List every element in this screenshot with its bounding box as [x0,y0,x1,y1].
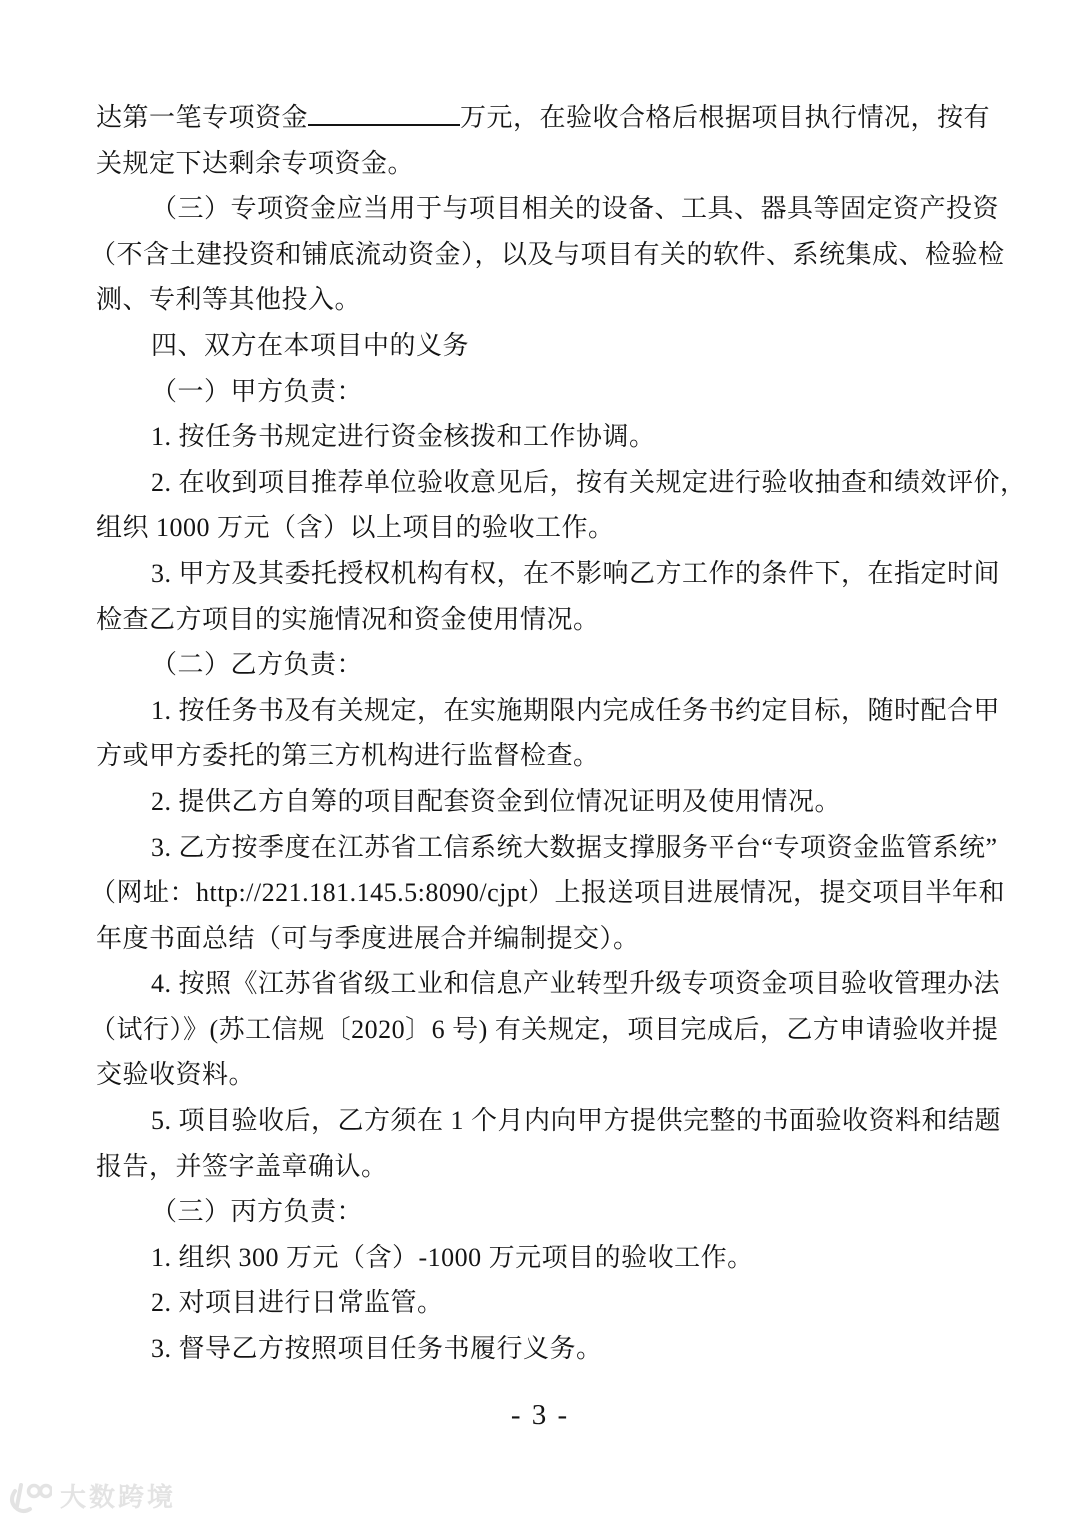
party-a-item-3: 3. 甲方及其委托授权机构有权，在不影响乙方工作的条件下，在指定时间 [0,551,1080,597]
watermark-brand: 大数跨境 [60,1482,176,1514]
page-number: - 3 - [0,1395,1080,1435]
party-c-item-1: 1. 组织 300 万元（含）-1000 万元项目的验收工作。 [0,1235,1080,1281]
subsection-party-b-heading: （二）乙方负责： [0,642,1080,688]
party-b-item-3: 3. 乙方按季度在江苏省工信系统大数据支撑服务平台“专项资金监管系统” [0,825,1080,871]
clause-3-funds-usage: （三）专项资金应当用于与项目相关的设备、工具、器具等固定资产投资 [0,186,1080,232]
party-b-item-2: 2. 提供乙方自筹的项目配套资金到位情况证明及使用情况。 [0,779,1080,825]
watermark: 大数跨境 [8,1482,176,1514]
watermark-logo-icon [8,1482,52,1514]
text-line: 报告，并签字盖章确认。 [0,1144,1080,1190]
line-text-pre: 达第一笔专项资金 [96,103,308,132]
party-b-item-5: 5. 项目验收后，乙方须在 1 个月内向甲方提供完整的书面验收资料和结题 [0,1098,1080,1144]
party-c-item-3: 3. 督导乙方按照项目任务书履行义务。 [0,1326,1080,1372]
line-text-post: 万元，在验收合格后根据项目执行情况，按有 [460,103,990,132]
document-body: 达第一笔专项资金万元，在验收合格后根据项目执行情况，按有 关规定下达剩余专项资金… [0,95,1080,1372]
text-line: （试行）》(苏工信规〔2020〕6 号) 有关规定，项目完成后，乙方申请验收并提 [0,1007,1080,1053]
party-a-item-2: 2. 在收到项目推荐单位验收意见后，按有关规定进行验收抽查和绩效评价， [0,460,1080,506]
party-a-item-1: 1. 按任务书规定进行资金核拨和工作协调。 [0,414,1080,460]
text-line: （不含土建投资和铺底流动资金），以及与项目有关的软件、系统集成、检验检 [0,232,1080,278]
platform-url-line: （网址：http://221.181.145.5:8090/cjpt）上报送项目… [0,870,1080,916]
text-line-continued: 达第一笔专项资金万元，在验收合格后根据项目执行情况，按有 [0,95,1080,141]
party-c-item-2: 2. 对项目进行日常监管。 [0,1280,1080,1326]
text-line: 年度书面总结（可与季度进展合并编制提交）。 [0,916,1080,962]
document-page: 达第一笔专项资金万元，在验收合格后根据项目执行情况，按有 关规定下达剩余专项资金… [0,0,1080,1527]
amount-blank-field [308,122,460,126]
subsection-party-c-heading: （三）丙方负责： [0,1189,1080,1235]
text-line: 检查乙方项目的实施情况和资金使用情况。 [0,597,1080,643]
text-line: 交验收资料。 [0,1052,1080,1098]
text-line: 关规定下达剩余专项资金。 [0,141,1080,187]
party-b-item-1: 1. 按任务书及有关规定，在实施期限内完成任务书约定目标，随时配合甲 [0,688,1080,734]
text-line: 组织 1000 万元（含）以上项目的验收工作。 [0,505,1080,551]
text-line: 测、专利等其他投入。 [0,277,1080,323]
subsection-party-a-heading: （一）甲方负责： [0,369,1080,415]
section-4-heading-obligations: 四、双方在本项目中的义务 [0,323,1080,369]
party-b-item-4: 4. 按照《江苏省省级工业和信息产业转型升级专项资金项目验收管理办法 [0,961,1080,1007]
text-line: 方或甲方委托的第三方机构进行监督检查。 [0,733,1080,779]
